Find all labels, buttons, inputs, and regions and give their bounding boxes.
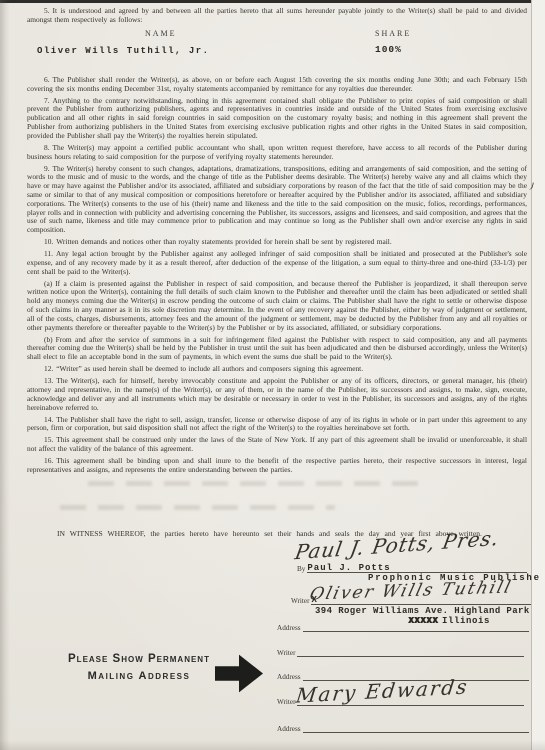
name-column-header: NAME	[145, 29, 177, 38]
scan-edge-top	[0, 0, 545, 3]
stamp-text-line1: Please Show Permanent	[58, 651, 220, 668]
paragraph-number: 9.	[44, 164, 50, 173]
signature-rule	[297, 693, 524, 706]
by-label: By	[297, 565, 305, 573]
bleedthrough-line	[60, 505, 335, 510]
scan-edge-bottom	[0, 740, 545, 750]
by-typed-name: Paul J. Potts	[307, 563, 390, 573]
signature-rule	[297, 644, 524, 657]
paragraph-text: The Writer(s) may appoint a certified pu…	[27, 143, 527, 161]
paragraph-number: (b)	[44, 335, 53, 344]
writer-line-2: Writer	[277, 644, 524, 657]
paragraph-8: 8.The Writer(s) may appoint a certified …	[27, 144, 527, 162]
paragraph-11b: (b)From and after the service of summons…	[27, 336, 527, 362]
paragraph-number: 10.	[44, 237, 53, 246]
writer-label: Writer	[291, 597, 309, 605]
signature-rule: X	[311, 592, 531, 605]
writer-line-3: Writer	[277, 693, 524, 706]
contract-body: 5.It is understood and agreed by and bet…	[27, 7, 527, 478]
paragraph-5: 5.It is understood and agreed by and bet…	[27, 7, 527, 25]
paragraph-text: Anything to the contrary notwithstanding…	[27, 96, 527, 140]
paragraph-13: 13.The Writer(s), each for himself, here…	[27, 377, 527, 412]
paragraph-9: 9.The Writer(s) hereby consent to such c…	[27, 165, 527, 235]
paragraph-text: It is understood and agreed by and betwe…	[27, 6, 527, 24]
paragraph-text: The Writer(s) hereby consent to such cha…	[27, 164, 527, 235]
mailing-address-stamp: Please Show Permanent Mailing Address	[58, 651, 220, 685]
writer-signature-line: Writer X	[291, 592, 531, 605]
share-value-typed: 100%	[375, 44, 402, 55]
paragraph-number: 16.	[44, 456, 53, 465]
writer-label: Writer	[277, 698, 295, 706]
paragraph-number: 12.	[44, 364, 53, 373]
paragraph-12: 12.“Writer” as used herein shall be deem…	[27, 365, 527, 374]
paragraph-14: 14.The Publisher shall have the right to…	[27, 416, 527, 434]
writer-label: Writer	[277, 649, 295, 657]
paragraph-text: The Publisher shall render the Writer(s)…	[27, 75, 527, 93]
paragraph-text: This agreement shall be binding upon and…	[27, 456, 527, 474]
paragraph-number: 13.	[44, 376, 53, 385]
paragraph-text: “Writer” as used herein shall be deemed …	[56, 364, 363, 373]
signature-rule: Paul J. Potts	[307, 560, 527, 573]
paragraph-16: 16.This agreement shall be binding upon …	[27, 457, 527, 475]
paragraph-text: This agreement shall be construed only u…	[27, 435, 527, 453]
scanned-contract-page: 5.It is understood and agreed by and bet…	[0, 0, 545, 750]
writer-address-typed: 394 Roger Williams Ave. Highland Park	[315, 606, 530, 616]
paragraph-11: 11.Any legal action brought by the Publi…	[27, 250, 527, 276]
paragraph-number: 14.	[44, 415, 53, 424]
paragraph-10: 10.Written demands and notices other tha…	[27, 238, 527, 247]
paragraph-number: (a)	[44, 279, 52, 288]
paragraph-number: 6.	[44, 75, 50, 84]
paragraph-number: 11.	[44, 249, 53, 258]
signature-rule	[303, 619, 529, 632]
paragraph-number: 8.	[44, 143, 50, 152]
paragraph-text: The Writer(s), each for himself, hereby …	[27, 376, 527, 411]
paragraph-text: The Publisher shall have the right to se…	[27, 415, 527, 433]
scan-edge-right	[531, 0, 545, 750]
stamp-text-line2: Mailing Address	[58, 668, 220, 685]
address-line-1: Address	[277, 619, 529, 632]
share-table: NAME SHARE Oliver Wills Tuthill, Jr. 100…	[27, 28, 527, 72]
paragraph-number: 7.	[44, 96, 50, 105]
address-label: Address	[277, 624, 301, 632]
paragraph-11a: (a)If a claim is presented against the P…	[27, 280, 527, 333]
share-column-header: SHARE	[375, 29, 411, 38]
writer-name-typed: Oliver Wills Tuthill, Jr.	[37, 46, 210, 56]
signature-rule	[303, 720, 529, 733]
paragraph-15: 15.This agreement shall be construed onl…	[27, 436, 527, 454]
paragraph-text: Any legal action brought by the Publishe…	[27, 249, 527, 276]
paragraph-number: 5.	[44, 6, 50, 15]
scan-edge-left	[0, 0, 10, 750]
paragraph-text: Written demands and notices other than r…	[56, 237, 391, 246]
x-mark: X	[311, 595, 317, 605]
paragraph-text: If a claim is presented against the Publ…	[27, 279, 527, 332]
bleedthrough-line	[88, 481, 418, 486]
paragraph-6: 6.The Publisher shall render the Writer(…	[27, 76, 527, 94]
by-signature-line: By Paul J. Potts	[297, 560, 527, 573]
paragraph-7: 7.Anything to the contrary notwithstandi…	[27, 97, 527, 141]
right-arrow-icon	[215, 651, 263, 696]
paragraph-text: From and after the service of summons in…	[27, 335, 527, 362]
paragraph-number: 15.	[44, 435, 53, 444]
address-line-3: Address	[277, 720, 529, 733]
address-label: Address	[277, 725, 301, 733]
address-label: Address	[277, 673, 301, 681]
